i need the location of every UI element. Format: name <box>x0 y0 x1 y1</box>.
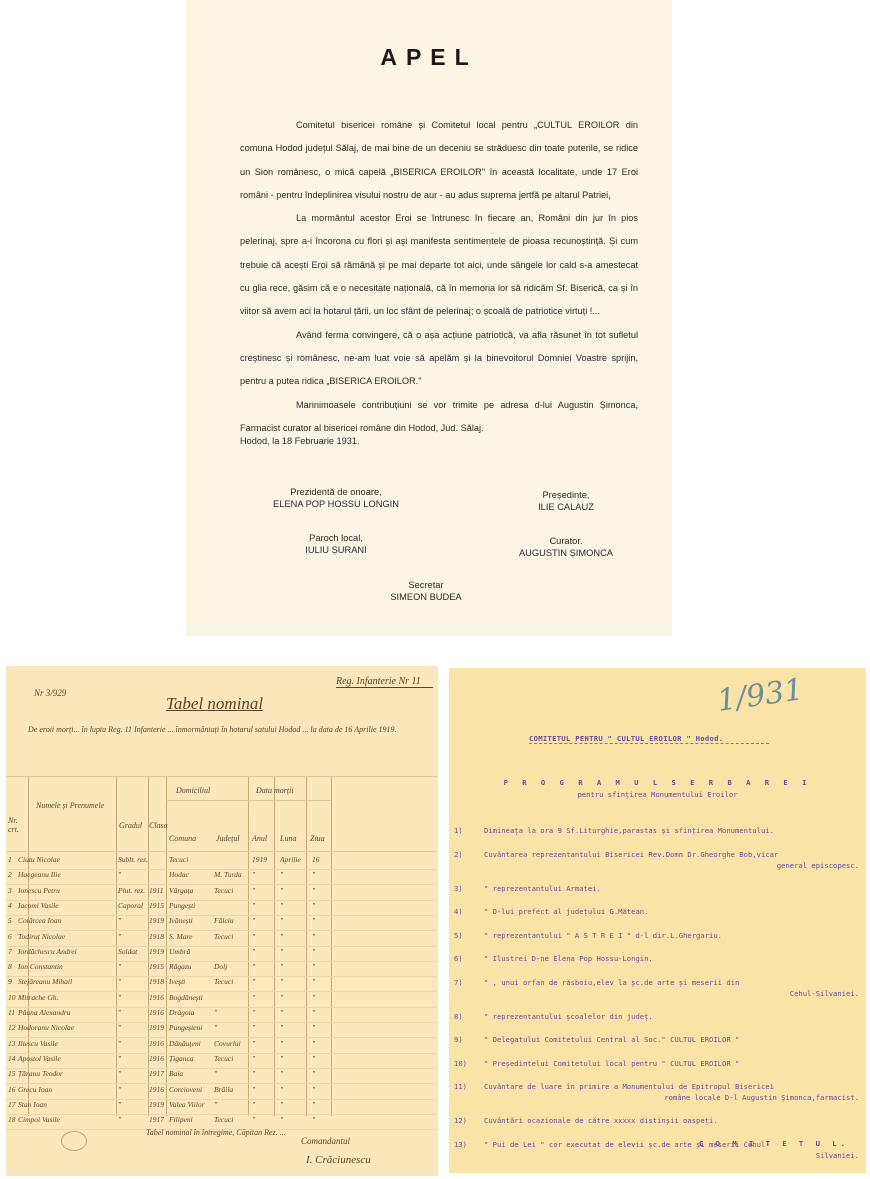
item-text: " reprezentantului " A S T R E I " d-l d… <box>484 930 859 941</box>
row-commune: Dănăuțeni <box>169 1039 201 1048</box>
row-name: Cimpoi Vasile <box>18 1115 60 1124</box>
item-text: " reprezentantului Armatei. <box>484 883 859 894</box>
row-grade: Caporal <box>118 901 143 910</box>
col-county: Județul <box>216 834 240 843</box>
row-day: 16 <box>312 855 320 864</box>
signature: I. Crăciunescu <box>306 1154 371 1166</box>
item-text: Masă comună în localul școalei primare. <box>484 1173 859 1174</box>
row-class: 1919 <box>149 1023 164 1032</box>
row-nr: 10 <box>8 993 16 1002</box>
item-text: Cuvântarea reprezentantului Bisericei Re… <box>484 849 859 871</box>
item-text: " Delegatului Comitetului Central al Soc… <box>484 1034 859 1045</box>
row-day: " <box>312 901 315 910</box>
table-row: 4Iacomi VasileCaporal1915Pungești""" <box>6 901 438 916</box>
item-text: " reprezentantului școalelor din județ. <box>484 1011 859 1022</box>
row-year: " <box>252 886 255 895</box>
row-county: M. Turda <box>214 870 242 879</box>
item-text: " D-lui prefect al județului G.Mătean. <box>484 906 859 917</box>
apel-document: APEL Comitetul bisericei române și Comit… <box>186 0 672 636</box>
row-name: Stejăreanu Mihail <box>18 977 72 986</box>
row-day: " <box>312 1115 315 1124</box>
row-month: " <box>280 1100 283 1109</box>
row-nr: 5 <box>8 916 12 925</box>
row-year: " <box>252 1023 255 1032</box>
row-month: " <box>280 916 283 925</box>
item-number: 6) <box>454 953 463 964</box>
row-nr: 16 <box>8 1085 16 1094</box>
row-month: " <box>280 977 283 986</box>
apel-paragraph: Marinimoasele contribuțiuni se vor trimi… <box>240 394 638 441</box>
row-day: " <box>312 1008 315 1017</box>
row-name: Ionescu Petru <box>18 886 60 895</box>
row-grade: " <box>118 932 121 941</box>
row-month: " <box>280 1085 283 1094</box>
row-commune: Filipeni <box>169 1115 193 1124</box>
row-name: Iliescu Vasile <box>18 1039 58 1048</box>
item-text-continuation: general episcopesc. <box>484 860 859 871</box>
header-underline <box>529 743 769 744</box>
registration-number: 1/931 <box>715 672 805 719</box>
item-text-line: " Delegatului Comitetului Central al Soc… <box>484 1035 739 1044</box>
row-commune: Răgazu <box>169 962 192 971</box>
row-day: " <box>312 916 315 925</box>
row-commune: Hodac <box>169 870 189 879</box>
row-name: Apostol Vasile <box>18 1054 61 1063</box>
regiment-label: Reg. Infanterie Nr 11 <box>336 676 433 688</box>
row-class: 1919 <box>149 1100 164 1109</box>
item-text-line: " Președintelui Comitetului local pentru… <box>484 1059 739 1068</box>
row-commune: Vârgața <box>169 886 193 895</box>
row-class: 1919 <box>149 916 164 925</box>
row-year: " <box>252 932 255 941</box>
row-name: Iordăchescu Andrei <box>18 947 77 956</box>
row-commune: Pungeșteni <box>169 1023 202 1032</box>
col-year: Anul <box>252 834 267 843</box>
row-commune: Baia <box>169 1069 183 1078</box>
row-month: " <box>280 1023 283 1032</box>
row-month: " <box>280 1054 283 1063</box>
row-grade: " <box>118 993 121 1002</box>
table-row: 16Grecu Ioan"1916CorcioveniBrăila""" <box>6 1085 438 1100</box>
row-nr: 13 <box>8 1039 16 1048</box>
signatory-secretary: Secretar SIMEON BUDEA <box>371 579 481 603</box>
tabel-intro: De eroii morți... în lupta Reg. 11 Infan… <box>28 723 428 737</box>
table-row: 15Țăranu Teodor"1917Baia"""" <box>6 1069 438 1084</box>
row-grade: " <box>118 1039 121 1048</box>
row-class: 1915 <box>149 962 164 971</box>
row-year: " <box>252 1115 255 1124</box>
apel-paragraph: Având ferma convingere, că o așa acțiune… <box>240 324 638 394</box>
signature-title: Comandantul <box>301 1136 350 1146</box>
row-day: " <box>312 947 315 956</box>
row-name: Iacomi Vasile <box>18 901 59 910</box>
row-year: " <box>252 916 255 925</box>
item-number: 14) <box>454 1173 467 1174</box>
row-class: 1917 <box>149 1069 164 1078</box>
row-nr: 2 <box>8 870 12 879</box>
row-commune: Țiganca <box>169 1054 194 1063</box>
row-year: " <box>252 962 255 971</box>
row-grade: Sublt. rez. <box>118 855 148 864</box>
item-text-line: " reprezentantului " A S T R E I " d-l d… <box>484 931 722 940</box>
row-year: " <box>252 901 255 910</box>
signatory-curator: Curator. AUGUSTIN ȘIMONCA <box>496 535 636 559</box>
col-domicile: Domiciliul <box>176 786 210 795</box>
row-year: " <box>252 977 255 986</box>
row-month: Aprilie <box>280 855 301 864</box>
table-row: 7Iordăchescu AndreiSoldat1919Umbră""" <box>6 947 438 962</box>
row-class: 1916 <box>149 1039 164 1048</box>
row-name: Hodoranu Nicolae <box>18 1023 74 1032</box>
row-commune: Valea Viilor <box>169 1100 204 1109</box>
row-year: " <box>252 1100 255 1109</box>
row-nr: 6 <box>8 932 12 941</box>
table-row: 13Iliescu Vasile"1916DănăuțeniCovurlui""… <box>6 1039 438 1054</box>
row-year: " <box>252 1069 255 1078</box>
item-text-line: " reprezentantului școalelor din județ. <box>484 1012 653 1021</box>
item-text: " Ilustrei D-ne Elena Pop Hossu-Longin. <box>484 953 859 964</box>
item-number: 1) <box>454 825 463 836</box>
col-commune: Comuna <box>169 834 196 843</box>
col-nr: Nr. crt. <box>8 816 28 834</box>
table-row: 3Ionescu PetruPlut. rez.1911VârgațaTecuc… <box>6 886 438 901</box>
program-header: COMITETUL PENTRU " CULTUL EROILOR " Hodo… <box>529 734 723 743</box>
row-day: " <box>312 932 315 941</box>
signatory-parish-priest: Paroch local, IULIU ȘURANI <box>271 532 401 556</box>
row-commune: Ivănești <box>169 916 193 925</box>
table-row: 8Ion Constantin"1915RăgazuDolj""" <box>6 962 438 977</box>
item-text-line: Cuvântare de luare în primire a Monument… <box>484 1082 774 1091</box>
tabel-nominal-document: Nr 3/929 Tabel nominal Reg. Infanterie N… <box>6 666 438 1176</box>
row-class: 1919 <box>149 947 164 956</box>
item-text: " Președintelui Comitetului local pentru… <box>484 1058 859 1069</box>
row-class: 1918 <box>149 977 164 986</box>
row-county: Fălciu <box>214 916 234 925</box>
item-number: 9) <box>454 1034 463 1045</box>
program-subtitle: pentru sfințirea Monumentului Eroilor <box>449 790 866 799</box>
row-county: Tecuci <box>214 932 233 941</box>
row-class: 1916 <box>149 993 164 1002</box>
row-class: 1916 <box>149 1085 164 1094</box>
tabel-footer: Tabel nominal în întregime, Căpitan Rez.… <box>146 1128 286 1137</box>
item-text: " , unui orfan de răsboiu,elev la șc.de … <box>484 977 859 999</box>
item-number: 2) <box>454 849 463 860</box>
row-day: " <box>312 1039 315 1048</box>
row-class: 1916 <box>149 1008 164 1017</box>
row-name: Țăranu Teodor <box>18 1069 63 1078</box>
row-grade: " <box>118 977 121 986</box>
row-year: 1919 <box>252 855 267 864</box>
archive-stamp-icon <box>61 1131 87 1151</box>
row-day: " <box>312 886 315 895</box>
document-number: Nr 3/929 <box>34 688 66 698</box>
row-commune: Corcioveni <box>169 1085 202 1094</box>
col-grade: Gradul <box>119 821 142 830</box>
row-nr: 4 <box>8 901 12 910</box>
col-class: Clasa <box>149 821 168 830</box>
program-document: 1/931 COMITETUL PENTRU " CULTUL EROILOR … <box>449 668 866 1173</box>
col-death-date: Data morții <box>256 786 294 795</box>
program-title: P R O G R A M U L S E R B A R E I <box>449 778 866 787</box>
signatory-president: Președinte, ILIE CALAUZ <box>496 489 636 513</box>
item-text-continuation: române locale D-l Augustin Șimonca,farma… <box>484 1092 859 1103</box>
row-commune: Umbră <box>169 947 190 956</box>
apel-paragraph: Comitetul bisericei române și Comitetul … <box>240 114 638 207</box>
row-class: 1917 <box>149 1115 164 1124</box>
row-county: " <box>214 1008 217 1017</box>
row-month: " <box>280 1039 283 1048</box>
table-row: 5Cotărcea Ioan"1919IvăneștiFălciu""" <box>6 916 438 931</box>
item-text-line: " , unui orfan de răsboiu,elev la șc.de … <box>484 978 739 987</box>
row-commune: Drăgoia <box>169 1008 194 1017</box>
row-grade: " <box>118 1023 121 1032</box>
row-day: " <box>312 962 315 971</box>
item-number: 7) <box>454 977 463 988</box>
apel-paragraph: La mormântul acestor Eroi se întrunesc î… <box>240 207 638 323</box>
row-nr: 9 <box>8 977 12 986</box>
row-name: Păuna Alexandru <box>18 1008 71 1017</box>
item-text-line: Cuvântări ocazionale de către xxxxx dist… <box>484 1116 718 1125</box>
table-row: 11Păuna Alexandru"1916Drăgoia"""" <box>6 1008 438 1023</box>
row-grade: " <box>118 1115 121 1124</box>
item-number: 8) <box>454 1011 463 1022</box>
program-signature: C O M I T E T U L. <box>699 1139 849 1148</box>
row-name: Mitrache Gh. <box>18 993 58 1002</box>
row-year: " <box>252 870 255 879</box>
row-nr: 1 <box>8 855 12 864</box>
row-grade: " <box>118 1054 121 1063</box>
row-grade: Soldat <box>118 947 137 956</box>
item-text-line: Dimineața la ora 9 Sf.Liturghie,parastas… <box>484 826 774 835</box>
row-day: " <box>312 1054 315 1063</box>
row-nr: 11 <box>8 1008 15 1017</box>
row-day: " <box>312 993 315 1002</box>
row-county: Tecuci <box>214 977 233 986</box>
row-name: Grecu Ioan <box>18 1085 52 1094</box>
item-text: Dimineața la ora 9 Sf.Liturghie,parastas… <box>484 825 859 836</box>
item-number: 3) <box>454 883 463 894</box>
table-row: 12Hodoranu Nicolae"1919Pungeșteni"""" <box>6 1023 438 1038</box>
row-year: " <box>252 1039 255 1048</box>
row-month: " <box>280 1008 283 1017</box>
item-text-line: " D-lui prefect al județului G.Mătean. <box>484 907 648 916</box>
row-county: " <box>214 1023 217 1032</box>
row-county: Tecuci <box>214 1054 233 1063</box>
row-name: Ciutu Nicolae <box>18 855 60 864</box>
item-text: Cuvântare de luare în primire a Monument… <box>484 1081 859 1103</box>
table-row: 14Apostol Vasile"1916ȚigancaTecuci""" <box>6 1054 438 1069</box>
row-month: " <box>280 886 283 895</box>
row-nr: 8 <box>8 962 12 971</box>
item-text-line: Cuvântarea reprezentantului Bisericei Re… <box>484 850 778 859</box>
item-number: 5) <box>454 930 463 941</box>
row-month: " <box>280 1069 283 1078</box>
table-row: 6Todiruț Nicolae"1918S. MareTecuci""" <box>6 932 438 947</box>
row-name: Stan Ioan <box>18 1100 47 1109</box>
row-month: " <box>280 932 283 941</box>
row-nr: 18 <box>8 1115 16 1124</box>
signatory-honorary-president: Prezidentă de onoare, ELENA POP HOSSU LO… <box>256 486 416 510</box>
row-commune: Iveşti <box>169 977 185 986</box>
row-name: Ion Constantin <box>18 962 63 971</box>
row-nr: 3 <box>8 886 12 895</box>
row-day: " <box>312 870 315 879</box>
row-class: 1918 <box>149 932 164 941</box>
table-row: 1Ciutu NicolaeSublt. rez.Tecuci1919April… <box>6 855 438 870</box>
row-county: Brăila <box>214 1085 233 1094</box>
col-day: Ziua <box>310 834 325 843</box>
row-day: " <box>312 1069 315 1078</box>
row-month: " <box>280 947 283 956</box>
row-month: " <box>280 1115 283 1124</box>
item-number: 12) <box>454 1115 467 1126</box>
row-grade: " <box>118 962 121 971</box>
row-day: " <box>312 1100 315 1109</box>
row-commune: Tecuci <box>169 855 188 864</box>
item-text-continuation: Silvaniei. <box>484 1150 859 1161</box>
row-nr: 17 <box>8 1100 16 1109</box>
row-commune: Pungești <box>169 901 195 910</box>
row-day: " <box>312 977 315 986</box>
row-year: " <box>252 1054 255 1063</box>
row-nr: 15 <box>8 1069 16 1078</box>
item-number: 13) <box>454 1139 467 1150</box>
row-day: " <box>312 1085 315 1094</box>
row-name: Cotărcea Ioan <box>18 916 61 925</box>
row-name: Todiruț Nicolae <box>18 932 65 941</box>
row-grade: " <box>118 916 121 925</box>
row-county: Covurlui <box>214 1039 241 1048</box>
row-county: Dolj <box>214 962 227 971</box>
row-year: " <box>252 1085 255 1094</box>
row-nr: 7 <box>8 947 12 956</box>
row-commune: S. Mare <box>169 932 192 941</box>
item-number: 4) <box>454 906 463 917</box>
col-name: Numele și Prenumele <box>36 801 106 810</box>
row-class: 1915 <box>149 901 164 910</box>
row-month: " <box>280 870 283 879</box>
tabel-title: Tabel nominal <box>166 694 263 714</box>
row-year: " <box>252 993 255 1002</box>
item-number: 11) <box>454 1081 467 1092</box>
row-month: " <box>280 901 283 910</box>
row-month: " <box>280 962 283 971</box>
row-year: " <box>252 1008 255 1017</box>
row-grade: " <box>118 870 121 879</box>
item-text: Cuvântări ocazionale de către xxxxx dist… <box>484 1115 859 1126</box>
col-month: Luna <box>280 834 296 843</box>
row-class: 1916 <box>149 1054 164 1063</box>
row-county: Tecuci <box>214 1115 233 1124</box>
apel-title: APEL <box>186 44 672 71</box>
row-name: Haegeanu Ilie <box>18 870 61 879</box>
table-row: 9Stejăreanu Mihail"1918IveştiTecuci""" <box>6 977 438 992</box>
row-grade: Plut. rez. <box>118 886 145 895</box>
apel-date: Hodod, la 18 Februarie 1931. <box>240 436 360 446</box>
item-text-continuation: Cehul-Silvaniei. <box>484 988 859 999</box>
item-number: 10) <box>454 1058 467 1069</box>
row-class: 1911 <box>149 886 163 895</box>
item-text-line: " Ilustrei D-ne Elena Pop Hossu-Longin. <box>484 954 653 963</box>
row-grade: " <box>118 1008 121 1017</box>
table-row: 10Mitrache Gh."1916Bogdănești""" <box>6 993 438 1008</box>
row-day: " <box>312 1023 315 1032</box>
row-commune: Bogdănești <box>169 993 203 1002</box>
row-nr: 14 <box>8 1054 16 1063</box>
row-county: Tecuci <box>214 886 233 895</box>
row-grade: " <box>118 1069 121 1078</box>
row-year: " <box>252 947 255 956</box>
row-month: " <box>280 993 283 1002</box>
apel-body: Comitetul bisericei române și Comitetul … <box>240 114 638 440</box>
table-row: 2Haegeanu Ilie"HodacM. Turda""" <box>6 870 438 885</box>
item-text-line: " reprezentantului Armatei. <box>484 884 601 893</box>
row-county: " <box>214 1069 217 1078</box>
row-grade: " <box>118 1100 121 1109</box>
row-grade: " <box>118 1085 121 1094</box>
table-row: 17Stan Ioan"1919Valea Viilor"""" <box>6 1100 438 1115</box>
row-nr: 12 <box>8 1023 16 1032</box>
row-county: " <box>214 1100 217 1109</box>
